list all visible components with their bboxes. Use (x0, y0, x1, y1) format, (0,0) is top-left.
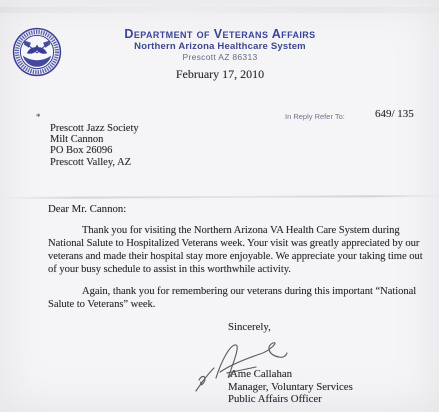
reply-refer-label: In Reply Refer To: (285, 112, 345, 121)
agency-name: Department of Veterans Affairs (60, 28, 380, 41)
scan-fold-line (0, 195, 439, 199)
signer-name: Ame Callahan (230, 368, 292, 380)
va-seal-icon (12, 27, 62, 77)
recipient-line: Milt Cannon (50, 134, 139, 145)
scanned-letter-page: Department of Veterans Affairs Northern … (0, 0, 439, 412)
recipient-line: Prescott Jazz Society (50, 123, 139, 134)
recipient-address-block: Prescott Jazz Society Milt Cannon PO Box… (50, 123, 139, 168)
letter-date: February 17, 2010 (60, 67, 380, 82)
signer-title: Manager, Voluntary Services (228, 381, 353, 393)
body-paragraph: Again, thank you for remembering our vet… (48, 285, 427, 311)
letterhead: Department of Veterans Affairs Northern … (60, 28, 380, 82)
body-paragraph: Thank you for visiting the Northern Ariz… (48, 224, 427, 276)
scan-artifact-top (0, 7, 439, 13)
facility-name: Northern Arizona Healthcare System (60, 41, 380, 52)
signer-title: Public Affairs Officer (228, 393, 322, 405)
recipient-line: Prescott Valley, AZ (50, 157, 139, 168)
recipient-line: PO Box 26096 (50, 145, 139, 156)
salutation: Dear Mr. Cannon: (48, 203, 126, 215)
pen-mark: * (36, 112, 41, 122)
facility-address: Prescott AZ 86313 (60, 52, 380, 62)
valediction: Sincerely, (228, 321, 271, 333)
reply-refer-value: 649/ 135 (375, 108, 414, 120)
